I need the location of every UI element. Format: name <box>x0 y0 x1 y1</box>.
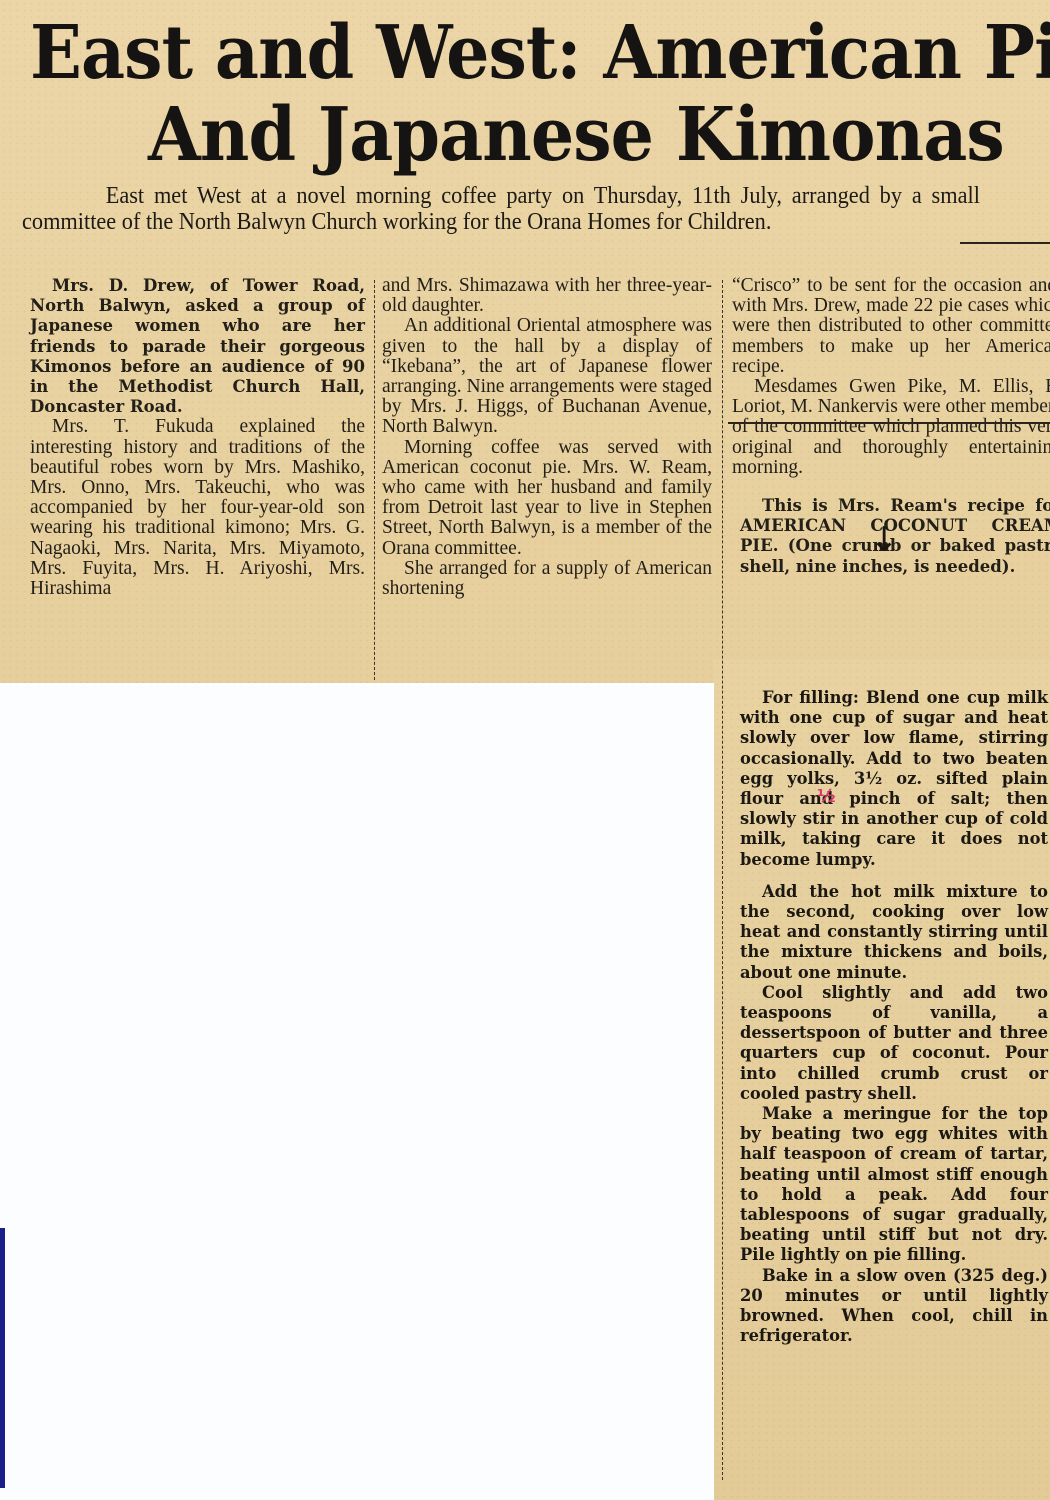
recipe-filling: For filling: Blend one cup milk with one… <box>740 688 1048 870</box>
handwritten-arrow-icon: ↓ <box>870 520 899 560</box>
article-column-2: and Mrs. Shimazawa with her three-year-o… <box>382 276 712 599</box>
blue-edge-strip <box>0 1228 5 1488</box>
recipe-step-4: Make a meringue for the top by beating t… <box>740 1104 1048 1266</box>
column-divider-1 <box>374 280 375 680</box>
intro-paragraph: East met West at a novel morning coffee … <box>22 183 980 235</box>
column2-paragraph-2: An additional Oriental atmosphere was gi… <box>382 316 712 437</box>
headline-line-2: And Japanese Kimonas <box>148 92 1050 178</box>
article-column-1: Mrs. D. Drew, of Tower Road, North Balwy… <box>30 276 365 599</box>
recipe-step-3: Cool slightly and add two teaspoons of v… <box>740 983 1048 1104</box>
column3-paragraph-2: Mesdames Gwen Pike, M. Ellis, E. Loriot,… <box>732 377 1050 478</box>
column3-paragraph-1: “Crisco” to be sent for the occasion and… <box>732 276 1050 377</box>
pen-mark-line <box>960 242 1050 244</box>
column-divider-2 <box>722 280 723 1480</box>
red-fraction-annotation: ½ <box>817 786 836 807</box>
column2-paragraph-3: Morning coffee was served with American … <box>382 438 712 559</box>
recipe-step-2: Add the hot milk mixture to the second, … <box>740 882 1048 983</box>
intro-text: East met West at a novel morning coffee … <box>22 183 980 235</box>
column1-paragraph-2: Mrs. T. Fukuda explained the interesting… <box>30 417 365 599</box>
recipe-step-5: Bake in a slow oven (325 deg.) 20 minute… <box>740 1266 1048 1347</box>
column2-paragraph-1: and Mrs. Shimazawa with her three-year-o… <box>382 276 712 316</box>
pen-underline <box>728 422 1050 424</box>
column2-paragraph-4: She arranged for a supply of American sh… <box>382 559 712 599</box>
column1-lead: Mrs. D. Drew, of Tower Road, North Balwy… <box>30 276 365 417</box>
recipe-column: For filling: Blend one cup milk with one… <box>740 688 1048 1347</box>
headline-line-1: East and West: American Pies <box>30 10 996 96</box>
